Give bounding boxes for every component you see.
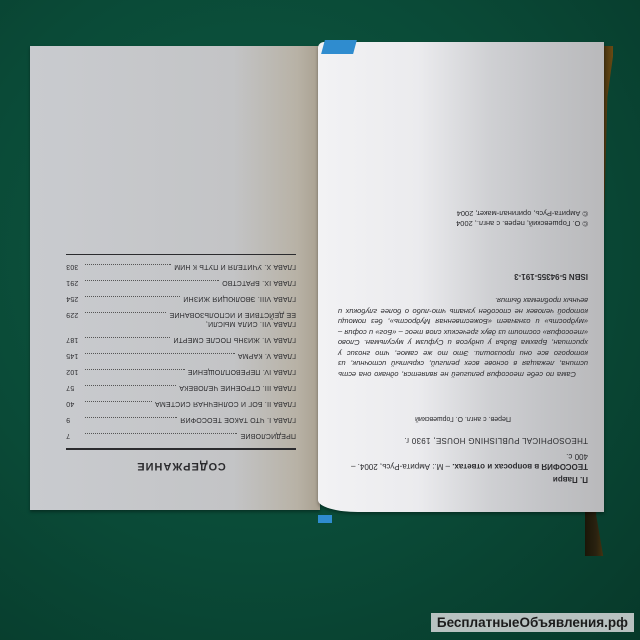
site-watermark: БесплатныеОбъявления.рф	[431, 613, 634, 632]
toc-entry-page: 9	[66, 415, 82, 424]
toc-entry-page: 187	[66, 335, 82, 344]
toc-entry-label: ГЛАВА III. СТРОЕНИЕ ЧЕЛОВЕКА	[179, 383, 296, 392]
book-spine-bottom	[318, 515, 332, 523]
toc-entry: ГЛАВА VII. СИЛА МЫСЛИ, ЕЕ ДЕЙСТВИЕ И ИСП…	[66, 310, 296, 328]
toc-entry-label: ГЛАВА VII. СИЛА МЫСЛИ, ЕЕ ДЕЙСТВИЕ И ИСП…	[169, 310, 296, 328]
toc-list: ПРЕДИСЛОВИЕ7ГЛАВА I. ЧТО ТАКОЕ ТЕОСОФИЯ9…	[66, 262, 296, 440]
toc-entry: ПРЕДИСЛОВИЕ7	[66, 431, 296, 440]
toc-leader-dots	[85, 312, 166, 313]
toc-entry-page: 57	[66, 383, 82, 392]
toc-entry-page: 7	[66, 431, 82, 440]
original-publisher: THEOSOPHICAL PUBLISHING HOUSE, 1930 г.	[338, 436, 588, 445]
toc-entry: ГЛАВА VI. ЖИЗНЬ ПОСЛЕ СМЕРТИ187	[66, 335, 296, 344]
toc-entry: ГЛАВА V. КАРМА145	[66, 351, 296, 360]
toc-entry-page: 254	[66, 294, 82, 303]
toc-entry-label: ПРЕДИСЛОВИЕ	[240, 431, 296, 440]
toc-entry: ГЛАВА VIII. ЭВОЛЮЦИЯ ЖИЗНИ254	[66, 294, 296, 303]
toc-leader-dots	[85, 337, 170, 338]
toc-leader-dots	[85, 353, 235, 354]
toc-leader-dots	[85, 280, 219, 281]
book-title-line: ТЕОСОФИЯ в вопросах и ответах. – М.: Амр…	[338, 451, 588, 471]
toc-leader-dots	[85, 369, 185, 370]
table-of-contents: СОДЕРЖАНИЕ ПРЕДИСЛОВИЕ7ГЛАВА I. ЧТО ТАКО…	[66, 244, 296, 474]
toc-entry: ГЛАВА I. ЧТО ТАКОЕ ТЕОСОФИЯ9	[66, 415, 296, 424]
toc-leader-dots	[85, 296, 180, 297]
toc-divider	[66, 448, 296, 450]
toc-entry-page: 145	[66, 351, 82, 360]
toc-entry-label: ГЛАВА I. ЧТО ТАКОЕ ТЕОСОФИЯ	[180, 415, 296, 424]
toc-entry: ГЛАВА X. УЧИТЕЛЯ И ПУТЬ К НИМ303	[66, 262, 296, 271]
toc-entry: ГЛАВА IX. БРАТСТВО291	[66, 278, 296, 287]
toc-entry-label: ГЛАВА X. УЧИТЕЛЯ И ПУТЬ К НИМ	[174, 262, 296, 271]
photo-scene: СОДЕРЖАНИЕ ПРЕДИСЛОВИЕ7ГЛАВА I. ЧТО ТАКО…	[0, 0, 640, 640]
toc-leader-dots	[85, 417, 177, 418]
toc-entry: ГЛАВА IV. ПЕРЕВОПЛОЩЕНИЕ102	[66, 367, 296, 376]
toc-entry-label: ГЛАВА II. БОГ И СОЛНЕЧНАЯ СИСТЕМА	[155, 399, 296, 408]
toc-entry: ГЛАВА III. СТРОЕНИЕ ЧЕЛОВЕКА57	[66, 383, 296, 392]
toc-entry-label: ГЛАВА V. КАРМА	[238, 351, 296, 360]
copyright-line: © Амрита-Русь, оригинал-макет, 2004	[338, 208, 588, 218]
toc-entry-label: ГЛАВА IX. БРАТСТВО	[222, 278, 296, 287]
book-author: П. Паври	[338, 475, 588, 484]
translator-credit: Перев. с англ. О. Горшевский	[338, 415, 588, 422]
toc-entry-page: 40	[66, 399, 82, 408]
toc-entry-page: 229	[66, 310, 82, 319]
toc-leader-dots	[85, 401, 152, 402]
copyright-block: © О. Горшевский, перев. с англ., 2004 © …	[338, 208, 588, 228]
toc-entry-label: ГЛАВА VIII. ЭВОЛЮЦИЯ ЖИЗНИ	[183, 294, 296, 303]
book-annotation: Сама по себе теософия религией не являет…	[338, 295, 588, 379]
book-spine-top	[321, 40, 357, 54]
copyright-line: © О. Горшевский, перев. с англ., 2004	[338, 218, 588, 228]
toc-entry-page: 102	[66, 367, 82, 376]
toc-title: СОДЕРЖАНИЕ	[66, 460, 296, 474]
imprint-page: П. Паври ТЕОСОФИЯ в вопросах и ответах. …	[338, 88, 588, 488]
toc-entry-label: ГЛАВА VI. ЖИЗНЬ ПОСЛЕ СМЕРТИ	[173, 335, 296, 344]
toc-leader-dots	[85, 385, 176, 386]
toc-entry-label: ГЛАВА IV. ПЕРЕВОПЛОЩЕНИЕ	[188, 367, 296, 376]
book-title: ТЕОСОФИЯ в вопросах и ответах.	[452, 462, 588, 471]
isbn: ISBN 5-94355-191-3	[338, 272, 588, 281]
toc-entry: ГЛАВА II. БОГ И СОЛНЕЧНАЯ СИСТЕМА40	[66, 399, 296, 408]
toc-bottom-divider	[66, 254, 296, 255]
toc-leader-dots	[85, 433, 237, 434]
toc-entry-page: 291	[66, 278, 82, 287]
toc-leader-dots	[85, 264, 171, 265]
toc-entry-page: 303	[66, 262, 82, 271]
